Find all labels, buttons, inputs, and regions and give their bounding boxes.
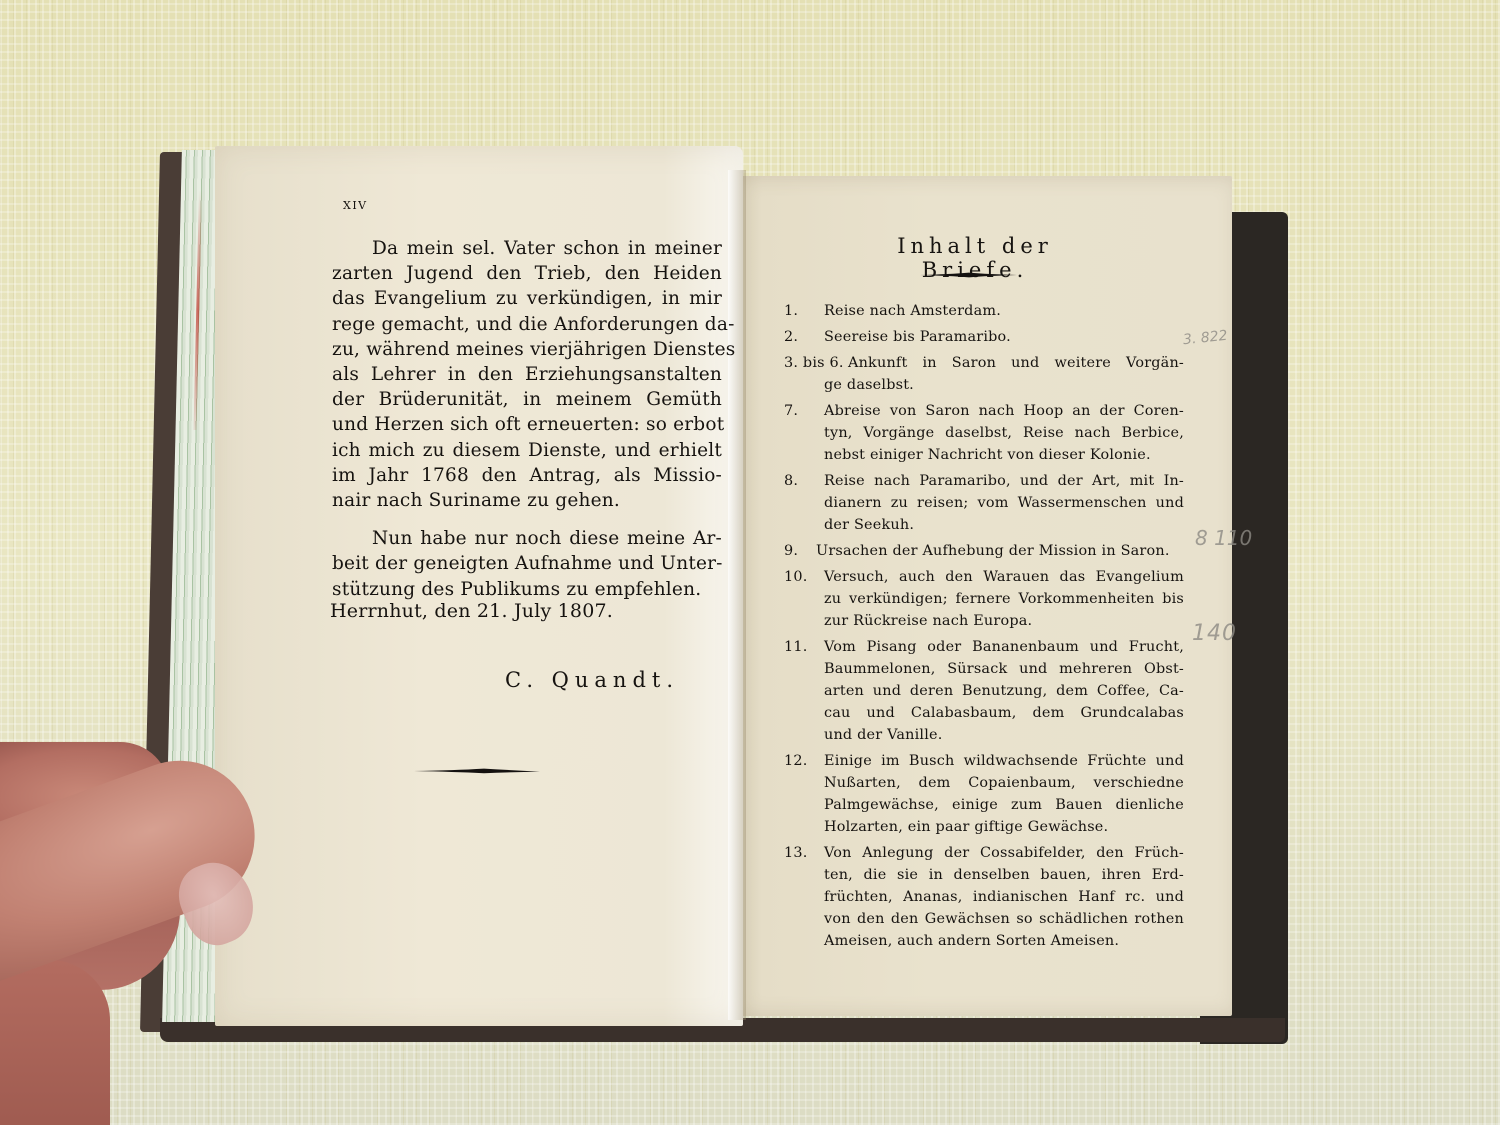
text-line: im Jahr 1768 den Antrag, als Missio- xyxy=(332,463,722,488)
toc-number: 1. xyxy=(784,300,824,322)
toc-number: 12. xyxy=(784,750,824,838)
text-line: Nun habe nur noch diese meine Ar- xyxy=(332,526,722,551)
toc-entry[interactable]: 10. Versuch, auch den Warauen das Evange… xyxy=(784,566,1184,632)
toc-entry[interactable]: 12. Einige im Busch wildwachsende Frücht… xyxy=(784,750,1184,838)
toc-text: und der Vanille. xyxy=(824,724,1184,746)
text-line: und Herzen sich oft erneuerten: so erbot xyxy=(332,412,722,437)
toc-text: dianern zu reisen; vom Wassermenschen un… xyxy=(824,492,1184,514)
toc-number: 7. xyxy=(784,400,824,466)
toc-text: Reise nach Paramaribo, und der Art, mit … xyxy=(824,470,1184,492)
preface-text: Da mein sel. Vater schon in meiner zarte… xyxy=(332,236,722,602)
hand-palm xyxy=(0,960,110,1125)
toc-number: 11. xyxy=(784,636,824,746)
page-number: XIV xyxy=(343,199,368,212)
toc-text: Nußarten, dem Copaienbaum, verschiedne xyxy=(824,772,1184,794)
toc-text: Ankunft in Saron und weitere Vorgän- xyxy=(848,352,1184,374)
toc-text: von den den Gewächsen so schädlichen rot… xyxy=(824,908,1184,930)
text-line: der Brüderunität, in meinem Gemüth xyxy=(332,387,722,412)
toc-entry[interactable]: 9. Ursachen der Aufhebung der Mission in… xyxy=(784,540,1184,562)
toc-text: Holzarten, ein paar giftige Gewächse. xyxy=(824,816,1184,838)
toc-text: arten und deren Benutzung, dem Coffee, C… xyxy=(824,680,1184,702)
toc-number: 13. xyxy=(784,842,824,952)
text-line: ich mich zu diesem Dienste, und erhielt xyxy=(332,438,722,463)
text-line: als Lehrer in den Erziehungsanstalten xyxy=(332,362,722,387)
text-line: das Evangelium zu verkündigen, in mir xyxy=(332,286,722,311)
toc-text: Einige im Busch wildwachsende Früchte un… xyxy=(824,750,1184,772)
toc-text: Abreise von Saron nach Hoop an der Coren… xyxy=(824,400,1184,422)
table-of-contents: 1. Reise nach Amsterdam. 2. Seereise bis… xyxy=(784,300,1184,956)
toc-text: tyn, Vorgänge daselbst, Reise nach Berbi… xyxy=(824,422,1184,444)
toc-text: ten, die sie in denselben bauen, ihren E… xyxy=(824,864,1184,886)
ornament-rule-icon xyxy=(920,272,1018,278)
toc-number: 10. xyxy=(784,566,824,632)
text-line: stützung des Publikums zu empfehlen. xyxy=(332,577,722,602)
toc-text: Von Anlegung der Cossabifelder, den Früc… xyxy=(824,842,1184,864)
toc-text: Reise nach Amsterdam. xyxy=(824,300,1184,322)
signature: C. Quandt. xyxy=(505,668,679,692)
toc-entry[interactable]: 7. Abreise von Saron nach Hoop an der Co… xyxy=(784,400,1184,466)
pencil-annotation: 140 xyxy=(1192,621,1237,646)
toc-text: Ameisen, auch andern Sorten Ameisen. xyxy=(824,930,1184,952)
text-line: nair nach Suriname zu gehen. xyxy=(332,488,722,513)
toc-entry[interactable]: 3. bis 6. Ankunft in Saron und weitere V… xyxy=(784,352,1184,396)
toc-entry[interactable]: 2. Seereise bis Paramaribo. xyxy=(784,326,1184,348)
toc-number: 2. xyxy=(784,326,824,348)
toc-text: nebst einiger Nachricht von dieser Kolon… xyxy=(824,444,1184,466)
text-line: Da mein sel. Vater schon in meiner xyxy=(332,236,722,261)
toc-entry[interactable]: 11. Vom Pisang oder Bananenbaum und Fruc… xyxy=(784,636,1184,746)
toc-text: der Seekuh. xyxy=(824,514,1184,536)
pencil-annotation: 8 110 xyxy=(1195,526,1252,550)
toc-text: zu verkündigen; fernere Vorkommenheiten … xyxy=(824,588,1184,610)
toc-text: zur Rückreise nach Europa. xyxy=(824,610,1184,632)
toc-text: Palmgewächse, einige zum Bauen dienliche xyxy=(824,794,1184,816)
toc-text: früchten, Ananas, indianischen Hanf rc. … xyxy=(824,886,1184,908)
toc-text: Baummelonen, Sürsack und mehreren Obst- xyxy=(824,658,1184,680)
toc-text: ge daselbst. xyxy=(824,374,1184,396)
ornament-rule-icon xyxy=(414,768,540,774)
text-line: zarten Jugend den Trieb, den Heiden xyxy=(332,261,722,286)
text-line: rege gemacht, und die Anforderungen da- xyxy=(332,312,722,337)
toc-text: Vom Pisang oder Bananenbaum und Frucht, xyxy=(824,636,1184,658)
toc-entry[interactable]: 13. Von Anlegung der Cossabifelder, den … xyxy=(784,842,1184,952)
toc-entry[interactable]: 1. Reise nach Amsterdam. xyxy=(784,300,1184,322)
toc-number: 9. xyxy=(784,540,816,562)
toc-text: Seereise bis Paramaribo. xyxy=(824,326,1184,348)
toc-text: Ursachen der Aufhebung der Mission in Sa… xyxy=(816,540,1184,562)
toc-entry[interactable]: 8. Reise nach Paramaribo, und der Art, m… xyxy=(784,470,1184,536)
toc-text: cau und Calabasbaum, dem Grundcalabas xyxy=(824,702,1184,724)
toc-text: Versuch, auch den Warauen das Evangelium xyxy=(824,566,1184,588)
dateline: Herrnhut, den 21. July 1807. xyxy=(330,600,613,622)
text-line: beit der geneigten Aufnahme und Unter- xyxy=(332,551,722,576)
book-gutter xyxy=(728,170,746,1020)
toc-number: 8. xyxy=(784,470,824,536)
text-line: zu, während meines vierjährigen Dienstes xyxy=(332,337,722,362)
